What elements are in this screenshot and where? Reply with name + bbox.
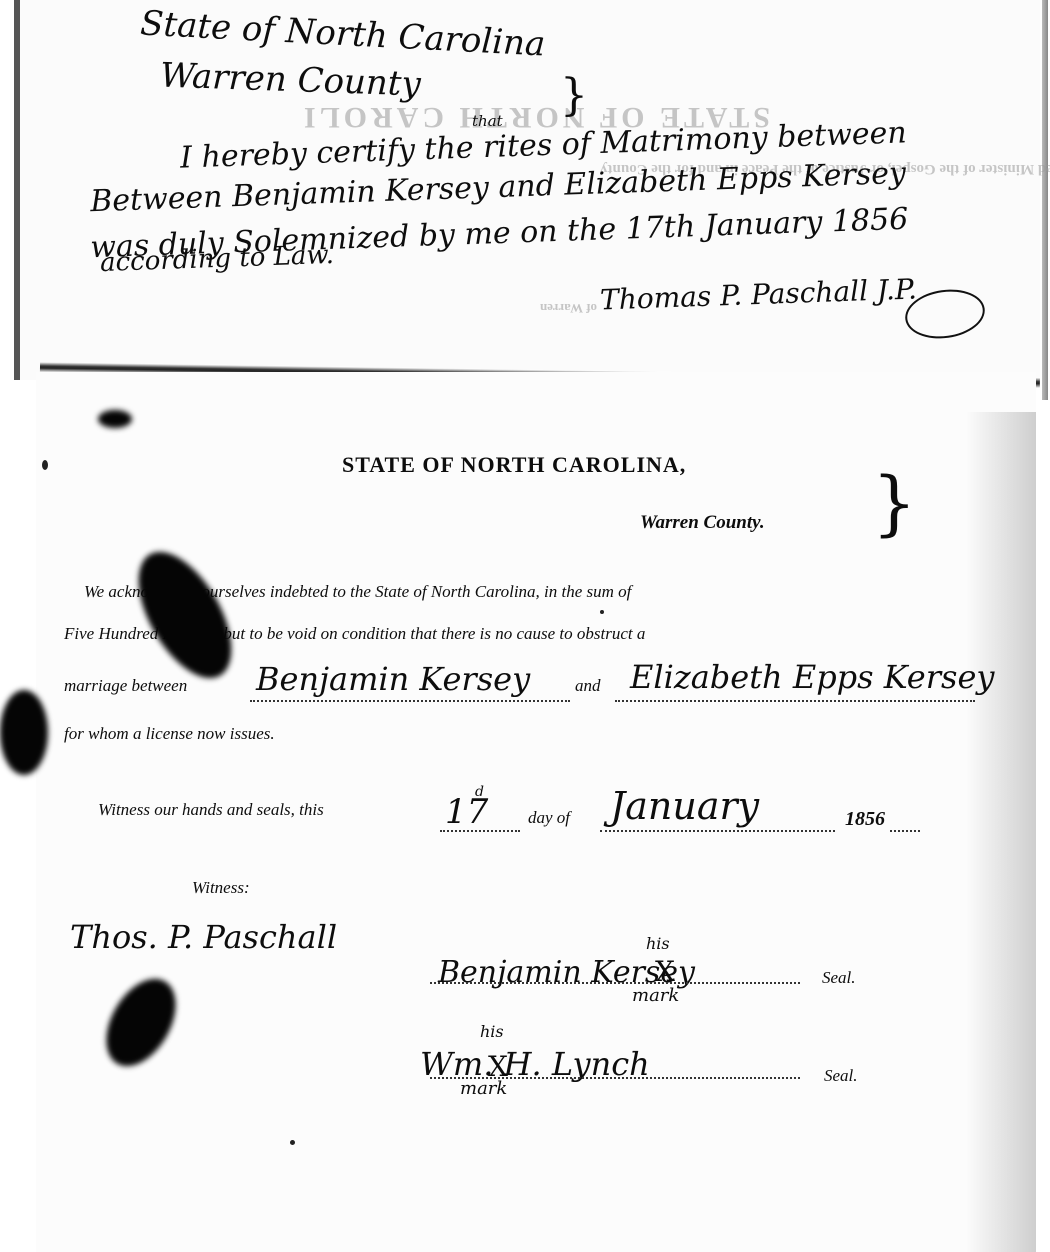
day-dotted-line [440, 830, 520, 832]
bond-state-heading: STATE OF NORTH CAROLINA, [342, 452, 686, 478]
sheet-edge [1042, 0, 1048, 400]
groom-dotted-line [250, 700, 570, 702]
speck [42, 460, 48, 470]
year-dotted-line [890, 830, 920, 832]
witness-signature: Thos. P. Paschall [70, 918, 337, 956]
signer1-seal: Seal. [822, 968, 856, 988]
certificate-insert: that [472, 112, 503, 130]
bond-body-line-3: marriage between [64, 676, 187, 696]
bond-month: January [610, 784, 759, 828]
bond-day-of: day of [528, 808, 570, 828]
signer1-dotted-line [430, 982, 800, 984]
scanned-document: STATE OF NORTH CAROLI To any Regularly O… [0, 0, 1050, 1252]
signer2-mark-his: his [480, 1022, 504, 1041]
signer2-seal: Seal. [824, 1066, 858, 1086]
signer2-dotted-line [430, 1077, 800, 1079]
bond-day-suffix: d [475, 784, 484, 800]
speck [600, 610, 604, 614]
bride-dotted-line [615, 700, 975, 702]
groom-name: Benjamin Kersey [256, 660, 530, 698]
witness-label: Witness: [192, 878, 250, 898]
witness-hands-line: Witness our hands and seals, this [98, 800, 324, 820]
signer1-mark-label: mark [632, 985, 679, 1006]
bond-county-heading: Warren County. [640, 512, 765, 534]
signer1-mark-his: his [646, 934, 670, 953]
ink-blot [98, 410, 132, 428]
signer2-mark-label: mark [460, 1078, 507, 1099]
speck [290, 1140, 295, 1145]
month-dotted-line [600, 830, 835, 832]
bond-body-line-4: for whom a license now issues. [64, 724, 275, 744]
bleed-through-county: of Warren [540, 300, 597, 316]
certificate-brace: } [560, 70, 588, 121]
sheet-shadow [966, 412, 1036, 1252]
bond-and: and [575, 676, 601, 696]
bride-name: Elizabeth Epps Kersey [630, 658, 994, 696]
ink-blot [0, 690, 48, 775]
bond-year: 1856 [845, 808, 885, 831]
bond-brace: } [872, 462, 917, 544]
